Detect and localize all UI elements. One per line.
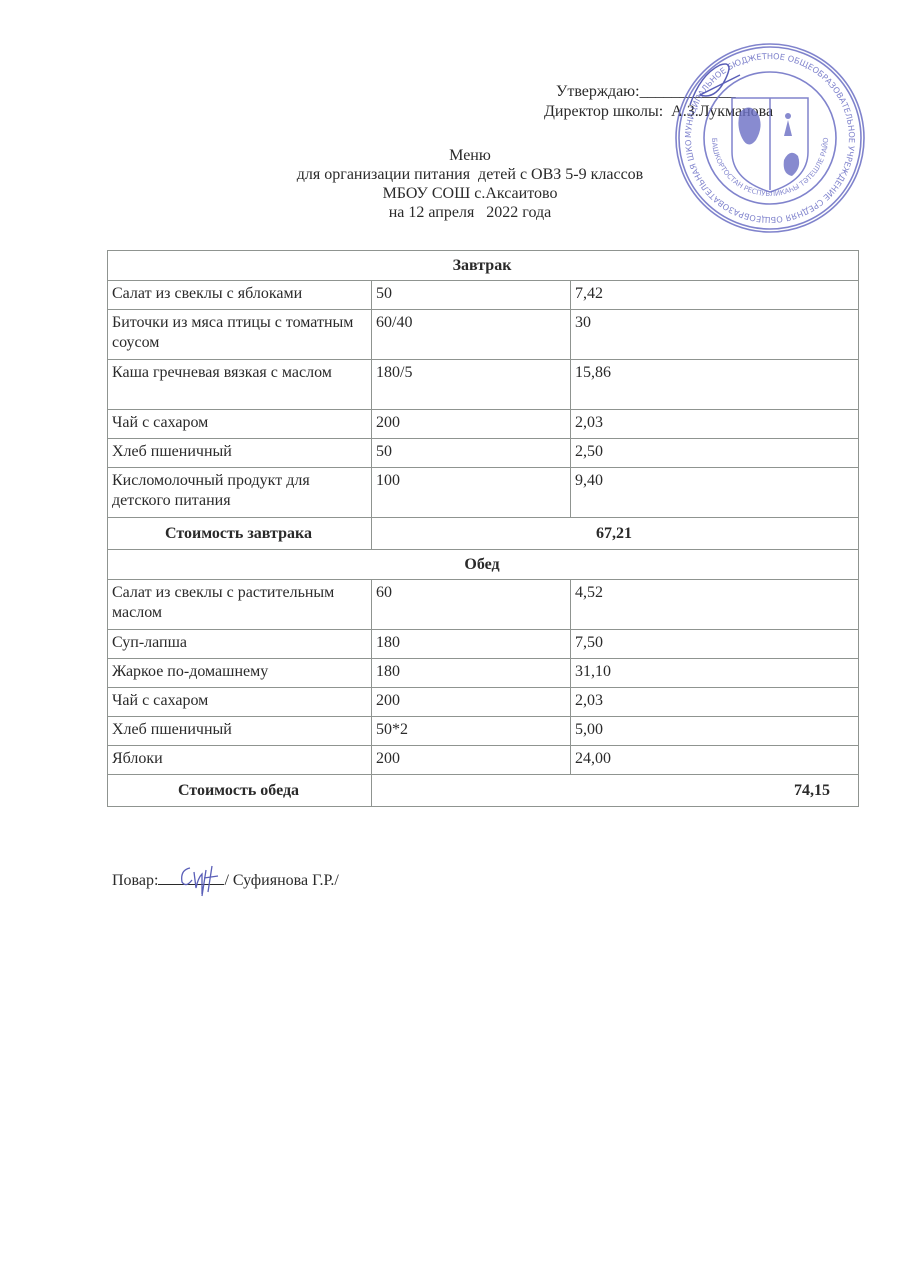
- portion: 180/5: [372, 360, 571, 410]
- price: 2,50: [571, 439, 859, 468]
- portion: 50: [372, 439, 571, 468]
- table-row: Биточки из мяса птицы с томатным соусом …: [108, 310, 859, 360]
- dish-name: Каша гречневая вязкая с маслом: [108, 360, 372, 410]
- table-row: Суп-лапша 180 7,50: [108, 630, 859, 659]
- table-row: Жаркое по-домашнему 180 31,10: [108, 659, 859, 688]
- cook-signature-icon: [172, 858, 232, 898]
- section-lunch: Обед: [108, 550, 859, 580]
- table-row: Чай с сахаром 200 2,03: [108, 688, 859, 717]
- cook-name: / Суфиянова Г.Р./: [224, 872, 338, 889]
- document-title: Меню для организации питания детей с ОВЗ…: [240, 146, 700, 222]
- price: 9,40: [571, 468, 859, 518]
- total-label: Стоимость завтрака: [108, 518, 372, 550]
- table-row: Чай с сахаром 200 2,03: [108, 410, 859, 439]
- section-heading: Обед: [108, 550, 859, 580]
- table-row: Хлеб пшеничный 50 2,50: [108, 439, 859, 468]
- portion: 180: [372, 630, 571, 659]
- breakfast-total-row: Стоимость завтрака 67,21: [108, 518, 859, 550]
- price: 2,03: [571, 688, 859, 717]
- dish-name: Суп-лапша: [108, 630, 372, 659]
- title-menu: Меню: [240, 146, 700, 165]
- price: 7,50: [571, 630, 859, 659]
- table-row: Хлеб пшеничный 50*2 5,00: [108, 717, 859, 746]
- title-school: МБОУ СОШ с.Аксаитово: [240, 184, 700, 203]
- table-row: Салат из свеклы с яблоками 50 7,42: [108, 281, 859, 310]
- dish-name: Кисломолочный продукт для детского питан…: [108, 468, 372, 518]
- section-breakfast: Завтрак: [108, 251, 859, 281]
- dish-name: Хлеб пшеничный: [108, 439, 372, 468]
- portion: 180: [372, 659, 571, 688]
- table-row: Салат из свеклы с растительным маслом 60…: [108, 580, 859, 630]
- dish-name: Жаркое по-домашнему: [108, 659, 372, 688]
- portion: 200: [372, 746, 571, 775]
- menu-table: Завтрак Салат из свеклы с яблоками 50 7,…: [107, 250, 859, 807]
- price: 4,52: [571, 580, 859, 630]
- dish-name: Салат из свеклы с яблоками: [108, 281, 372, 310]
- price: 31,10: [571, 659, 859, 688]
- price: 7,42: [571, 281, 859, 310]
- portion: 50*2: [372, 717, 571, 746]
- section-heading: Завтрак: [108, 251, 859, 281]
- price: 2,03: [571, 410, 859, 439]
- menu-document: Утверждаю:____________ Директор школы: А…: [0, 0, 897, 1280]
- dish-name: Чай с сахаром: [108, 688, 372, 717]
- portion: 60/40: [372, 310, 571, 360]
- table-row: Кисломолочный продукт для детского питан…: [108, 468, 859, 518]
- dish-name: Хлеб пшеничный: [108, 717, 372, 746]
- cook-label: Повар:: [112, 872, 158, 889]
- table-row: Каша гречневая вязкая с маслом 180/5 15,…: [108, 360, 859, 410]
- total-label: Стоимость обеда: [108, 775, 372, 807]
- director-signature-icon: [680, 55, 750, 115]
- total-value: 74,15: [372, 775, 859, 807]
- price: 5,00: [571, 717, 859, 746]
- price: 15,86: [571, 360, 859, 410]
- lunch-total-row: Стоимость обеда 74,15: [108, 775, 859, 807]
- title-date: на 12 апреля 2022 года: [240, 203, 700, 222]
- title-purpose: для организации питания детей с ОВЗ 5-9 …: [240, 165, 700, 184]
- dish-name: Биточки из мяса птицы с томатным соусом: [108, 310, 372, 360]
- dish-name: Чай с сахаром: [108, 410, 372, 439]
- portion: 200: [372, 688, 571, 717]
- price: 24,00: [571, 746, 859, 775]
- portion: 100: [372, 468, 571, 518]
- portion: 200: [372, 410, 571, 439]
- portion: 50: [372, 281, 571, 310]
- portion: 60: [372, 580, 571, 630]
- table-row: Яблоки 200 24,00: [108, 746, 859, 775]
- price: 30: [571, 310, 859, 360]
- dish-name: Яблоки: [108, 746, 372, 775]
- dish-name: Салат из свеклы с растительным маслом: [108, 580, 372, 630]
- total-value: 67,21: [372, 518, 859, 550]
